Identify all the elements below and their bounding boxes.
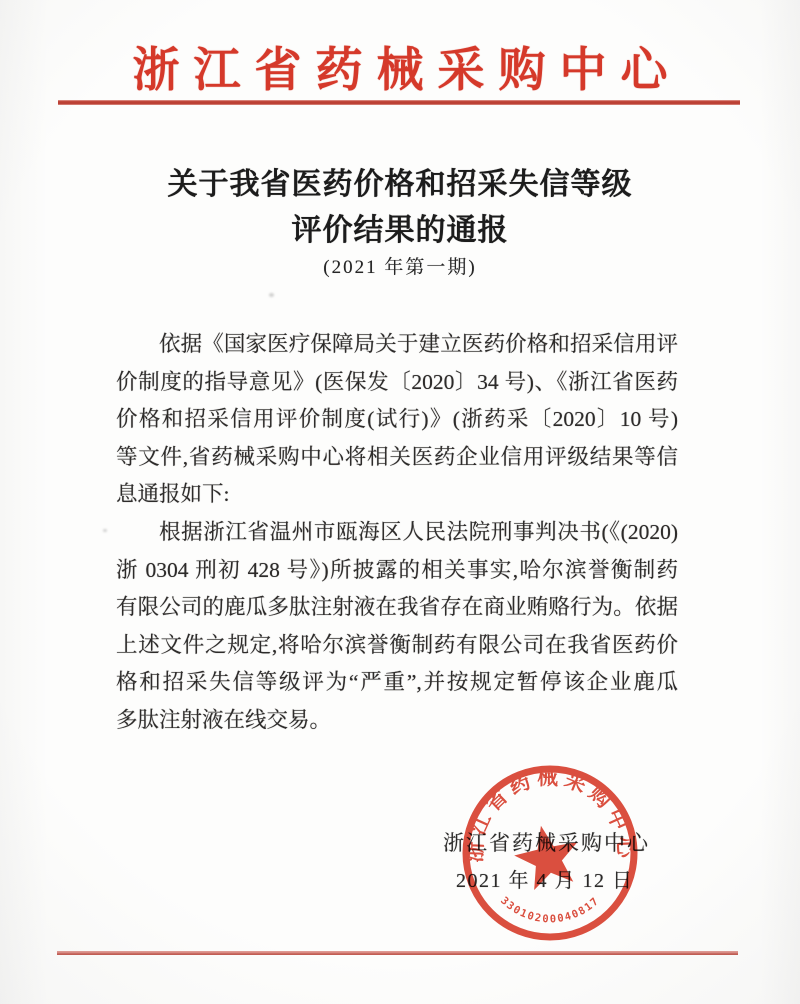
body-line: 根据浙江省温州市瓯海区人民法院刑事判决书(《(2020) bbox=[116, 514, 678, 552]
body-line: 依据《国家医疗保障局关于建立医药价格和招采信用评 bbox=[116, 326, 678, 364]
official-seal: 浙江省药械采购中心 33010200040817 bbox=[455, 758, 645, 948]
body-line: 等文件,省药械采购中心将相关医药企业信用评级结果等信 bbox=[116, 439, 678, 477]
seal-code-number: 33010200040817 bbox=[498, 895, 602, 926]
body-line: 有限公司的鹿瓜多肽注射液在我省存在商业贿赂行为。依据 bbox=[116, 589, 678, 627]
scan-speck bbox=[103, 529, 107, 532]
document-body: 依据《国家医疗保障局关于建立医药价格和招采信用评 价制度的指导意见》(医保发〔2… bbox=[116, 326, 678, 740]
letterhead-divider-line bbox=[58, 100, 740, 105]
body-line: 格和招采失信等级评为“严重”,并按规定暂停该企业鹿瓜 bbox=[116, 664, 678, 702]
body-line: 多肽注射液在线交易。 bbox=[116, 702, 678, 740]
scan-speck bbox=[269, 293, 274, 297]
body-line: 浙 0304 刑初 428 号》)所披露的相关事实,哈尔滨誉衡制药 bbox=[116, 552, 678, 590]
body-line: 上述文件之规定,将哈尔滨誉衡制药有限公司在我省医药价 bbox=[116, 627, 678, 665]
svg-text:33010200040817: 33010200040817 bbox=[498, 895, 602, 926]
seal-star-icon bbox=[509, 819, 585, 893]
document-title-line1: 关于我省医药价格和招采失信等级 bbox=[0, 162, 800, 208]
body-line: 价格和招采信用评价制度(试行)》(浙药采〔2020〕10 号) bbox=[116, 401, 678, 439]
scanned-document-page: 浙江省药械采购中心 关于我省医药价格和招采失信等级 评价结果的通报 (2021 … bbox=[0, 0, 800, 1004]
letterhead-org-name: 浙江省药械采购中心 bbox=[0, 33, 800, 100]
document-title: 关于我省医药价格和招采失信等级 评价结果的通报 bbox=[0, 162, 800, 254]
issue-number: (2021 年第一期) bbox=[0, 252, 800, 279]
body-line: 息通报如下: bbox=[116, 476, 678, 514]
document-title-line2: 评价结果的通报 bbox=[0, 208, 800, 254]
body-line: 价制度的指导意见》(医保发〔2020〕34 号)、《浙江省医药 bbox=[116, 364, 678, 402]
footer-divider-line bbox=[57, 951, 738, 955]
